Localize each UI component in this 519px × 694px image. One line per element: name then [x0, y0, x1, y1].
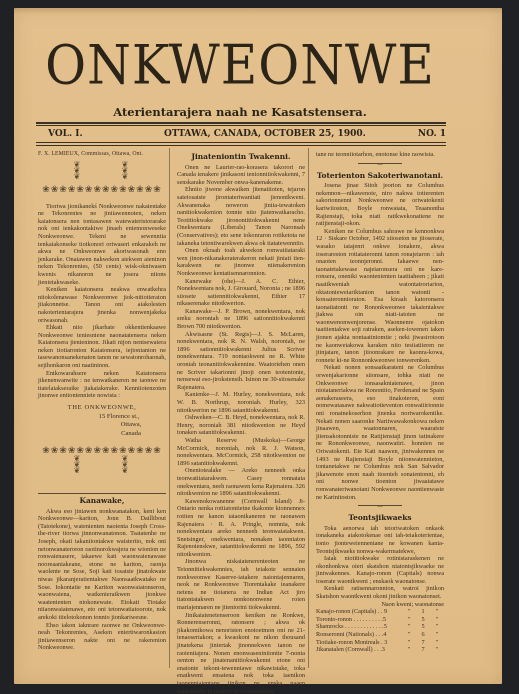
address-line: THE ONKWEONWE, [38, 404, 166, 413]
issue-number: NO. 1 [418, 129, 446, 139]
section-divider: ••• [358, 505, 402, 509]
results-cell-team: Jikanatalen (Cornwall) . . .3 [316, 646, 402, 654]
ornament-pillar-icon: ❦❦❦ [73, 456, 81, 474]
masthead-rule-top [36, 122, 446, 124]
results-cell-won: 6 [416, 631, 430, 639]
column-1: F. X. LEMIEUX, Commissas, Ottawa, Ont. ❦… [38, 151, 166, 652]
paragraph: Oneniotealake — Areko nenneeh onka teonw… [177, 467, 305, 497]
byline: F. X. LEMIEUX, Commissas, Ottawa, Ont. [38, 151, 166, 159]
results-cell-won: 5 [416, 623, 430, 631]
section-title: Jinateniontin Twakenni. [177, 153, 305, 161]
column-separator [169, 148, 170, 668]
results-table: Kanajo-ronon (Capitals) . . 9"1"Toronto-… [316, 608, 444, 654]
section-title: Kanawake, [38, 497, 166, 505]
table-row: Kanajo-ronon (Capitals) . . 9"1" [316, 608, 444, 616]
results-cell-q1: " [402, 623, 416, 631]
results-cell-q1: " [402, 616, 416, 624]
paragraph: Kanawake—J. P. Brown, nonekwentara, nok … [177, 308, 305, 331]
results-cell-q1: " [402, 608, 416, 616]
ornament-pillar-icon: ❦❦❦ [121, 162, 129, 180]
results-cell-q2: " [430, 646, 444, 654]
results-cell-team: Kanajo-ronon (Capitals) . . 9 [316, 608, 402, 616]
table-row: Tiotiake-ronon Montreals . 3"7" [316, 639, 444, 647]
newspaper-page: ONKWEONWE Aterientarajera naah ne Kasats… [14, 8, 502, 684]
paragraph: Ehkati niio jikarhate okkentienkaawe Non… [38, 324, 166, 370]
paragraph: Entkowarahsere neken Kaiatonsera jikenen… [38, 370, 166, 400]
results-cell-won: 7 [416, 639, 430, 647]
ornament-top: ❦❦❦ ❦❦❦ [38, 159, 166, 185]
results-cell-q2: " [430, 631, 444, 639]
paragraph: Akwa eso jiniawen nonkwanatakon, keni ke… [38, 508, 166, 622]
paragraph: Onen ne Laurier-rao-korasera takorori ne… [177, 164, 305, 187]
dateline: VOL. I. OTTAWA, CANADA, OCTOBER 25, 1900… [36, 129, 446, 141]
place-date: OTTAWA, CANADA, OCTOBER 25, 1900. [164, 129, 366, 139]
section-divider [38, 493, 166, 494]
table-row: Ronseronni (Nationals) . . .4"6" [316, 631, 444, 639]
ornament-pillar-icon: ❦❦❦ [73, 162, 81, 180]
volume-label: VOL. I. [48, 129, 83, 139]
results-cell-won: 7 [416, 646, 430, 654]
section-title: Teontsjikwaeks [316, 514, 444, 522]
section-divider: ••• [358, 163, 402, 167]
results-header: Naon kweni; waonatonse [316, 601, 444, 609]
paragraph: Kanienke—J. M. Hurley, nonekwentara, nok… [177, 391, 305, 414]
paragraph: Kenkati ratisennaronnion, watroi jinikon… [316, 585, 444, 600]
results-cell-team: Tiotiake-ronon Montreals . 3 [316, 639, 402, 647]
results-cell-q2: " [430, 608, 444, 616]
address-line: 15 Florence st., [38, 413, 166, 422]
column-3: tane ne teonniiotarhon, enotonse kine ra… [316, 151, 444, 654]
paragraph: Onen okraah toah akwekon ronwatiiataraki… [177, 247, 305, 277]
paragraph: Keniken kaiatonsera neakwa enwatkehra ni… [38, 286, 166, 324]
results-cell-q1: " [402, 646, 416, 654]
paragraph: Nekati nonen sonsaatkarateni ne Columbus… [316, 364, 444, 501]
paragraph: Josena jinae Sitoh jeorion ne Columbus n… [316, 182, 444, 228]
ornament-band-icon: ❀❀❀❀❀❀❀❀❀❀❀❀❀❀ [38, 446, 166, 455]
table-row: Shamrocks . . . . . . . . . . . . .5"5" [316, 623, 444, 631]
ornament-band-icon: ❀❀❀❀❀❀❀❀❀❀❀❀❀❀ [38, 185, 166, 194]
results-cell-won: 5 [416, 616, 430, 624]
paragraph: Ehso iakon iaknrare raonwe ne Onkweonwe-… [38, 622, 166, 652]
results-cell-q1: " [402, 631, 416, 639]
results-cell-team: Toronto-ronon . . . . . . . . . .5 [316, 616, 402, 624]
paragraph: Kanewake (ohe)—J. A. C. Ethier, Nonekwen… [177, 278, 305, 308]
ornament-bottom: ❦❦❦ ❦❦❦ [38, 455, 166, 479]
paragraph: Iaiak niotitiokwake rotinistaraskenen ne… [316, 555, 444, 585]
ornament-pillar-icon: ❦❦❦ [121, 456, 129, 474]
paragraph: tane ne teonniiotarhon, enotonse kine ra… [316, 151, 444, 159]
dateline-rule-1 [36, 142, 446, 143]
results-cell-team: Ronseronni (Nationals) . . .4 [316, 631, 402, 639]
paragraph: Keniken ne Columbus sahrawe ne kennonkwa… [316, 228, 444, 365]
mailing-address: THE ONKWEONWE, 15 Florence st., Ottawa, … [38, 404, 166, 438]
paragraph: Jinikaiatenetenseroon keniken ne Ronkwe,… [177, 612, 305, 694]
results-cell-q2: " [430, 616, 444, 624]
paragraph: Akwisasne (St. Regis)—J. S. McLaren, non… [177, 331, 305, 392]
paragraph: Ehniio jiwene akwaiken jitenatiioten, te… [177, 186, 305, 247]
results-cell-team: Shamrocks . . . . . . . . . . . . .5 [316, 623, 402, 631]
table-row: Toronto-ronon . . . . . . . . . .5"5" [316, 616, 444, 624]
paragraph: Watha Reserve (Muskoka)—George McCormick… [177, 437, 305, 467]
table-row: Jikanatalen (Cornwall) . . .3"7" [316, 646, 444, 654]
column-2: Jinateniontin Twakenni. Onen ne Laurier-… [177, 151, 305, 694]
paragraph: Jinonwa niskaiatenerenteoten ne Teionnit… [177, 558, 305, 611]
column-separator [308, 148, 309, 668]
masthead-rule-top-thin [36, 125, 446, 126]
section-title: Toterienton Sakoteriwanotani. [316, 172, 444, 180]
address-line: Canada [38, 430, 166, 439]
results-cell-q2: " [430, 623, 444, 631]
results-cell-won: 1 [416, 608, 430, 616]
paragraph: Toka aenorwa iah teioriwatoken onkaok io… [316, 525, 444, 555]
paragraph: Kawenokowanenne (Cornwall Island) Ji-Ont… [177, 498, 305, 559]
address-line: Ottawa, [38, 421, 166, 430]
results-cell-q2: " [430, 639, 444, 647]
paragraph: Tioriwa jionikanekś Nonkweonwe nakaienta… [38, 203, 166, 287]
masthead-subtitle: Aterientarajera naah ne Kasatstensera. [34, 105, 446, 119]
dateline-rule-2 [36, 145, 446, 147]
paragraph: Oshweken—C. B. Heyd, nonekwentara, nok R… [177, 414, 305, 437]
masthead-title: ONKWEONWE [34, 38, 446, 92]
results-cell-q1: " [402, 639, 416, 647]
